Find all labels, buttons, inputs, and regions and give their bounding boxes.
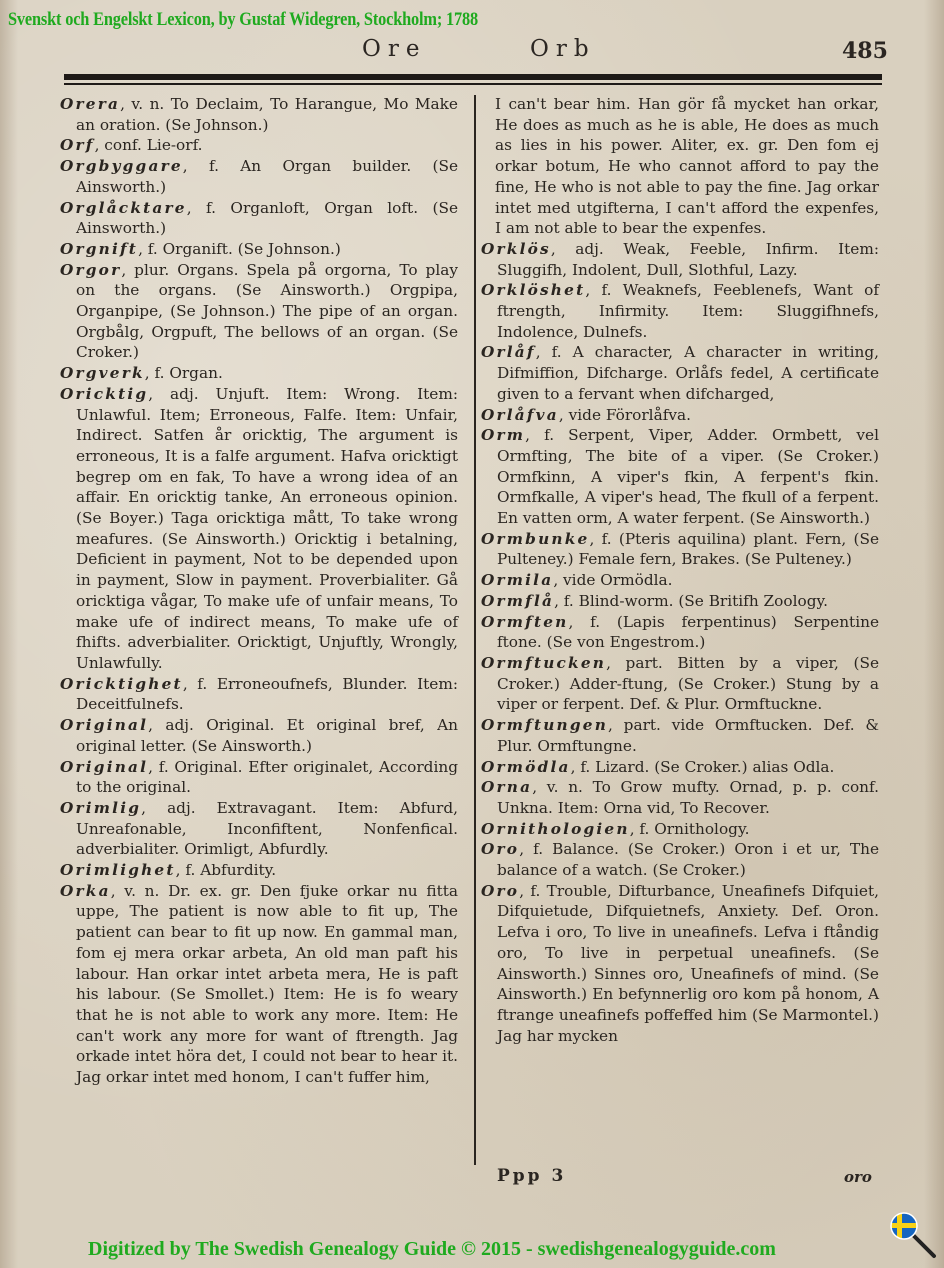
entry-headword: Ormften	[481, 613, 568, 631]
entry-headword: Ormila	[481, 571, 553, 589]
entry-headword: Oricktighet	[60, 675, 183, 693]
entry-headword: Orera	[60, 95, 120, 113]
dictionary-entry: Orglåcktare, f. Organloft, Organ loft. (…	[60, 198, 458, 239]
dictionary-entry: Oricktig, adj. Unjuft. Item: Wrong. Item…	[60, 384, 458, 674]
right-column: I can't bear him. Han gör få mycket han …	[481, 94, 879, 1046]
entry-headword: Ormflå	[481, 592, 554, 610]
header-rule-thin	[64, 83, 882, 85]
entry-definition: , f. Blind-worm. (Se Britifh Zoology.	[554, 592, 828, 610]
dictionary-entry: Orlåf, f. A character, A character in wr…	[481, 342, 879, 404]
running-head: Ore Orb 485	[0, 36, 944, 66]
dictionary-entry: I can't bear him. Han gör få mycket han …	[481, 94, 879, 239]
catchword: oro	[844, 1168, 872, 1186]
entry-headword: Orm	[481, 426, 525, 444]
dictionary-entry: Original, adj. Original. Et original bre…	[60, 715, 458, 756]
dictionary-entry: Orklös, adj. Weak, Feeble, Infirm. Item:…	[481, 239, 879, 280]
entry-headword: Orklöshet	[481, 281, 585, 299]
entry-headword: Original	[60, 716, 148, 734]
dictionary-entry: Orgbyggare, f. An Organ builder. (Se Ain…	[60, 156, 458, 197]
dictionary-entry: Orf, conf. Lie-orf.	[60, 135, 458, 156]
entry-definition: , conf. Lie-orf.	[95, 136, 203, 154]
entry-definition: , f. A character, A character in writing…	[497, 343, 879, 402]
running-head-left: Ore	[362, 36, 426, 62]
entry-definition: , v. n. Dr. ex. gr. Den fjuke orkar nu f…	[76, 882, 458, 1086]
dictionary-entry: Orgnift, f. Organift. (Se Johnson.)	[60, 239, 458, 260]
entry-headword: Orlåfva	[481, 406, 559, 424]
entry-headword: Orf	[60, 136, 95, 154]
dictionary-entry: Ormftucken, part. Bitten by a viper, (Se…	[481, 653, 879, 715]
entry-headword: Ormödla	[481, 758, 571, 776]
entry-definition: , f. Organift. (Se Johnson.)	[138, 240, 341, 258]
entry-definition: , f. Ornithology.	[630, 820, 750, 838]
left-column: Orera, v. n. To Declaim, To Harangue, Mo…	[60, 94, 458, 1088]
entry-definition: , f. Trouble, Difturbance, Uneafinefs Di…	[497, 882, 879, 1045]
entry-headword: Orlåf	[481, 343, 536, 361]
entry-headword: Oricktig	[60, 385, 148, 403]
entry-definition: , adj. Unjuft. Item: Wrong. Item: Unlawf…	[76, 385, 458, 672]
entry-headword: Orna	[481, 778, 532, 796]
digitized-by-watermark: Digitized by The Swedish Genealogy Guide…	[88, 1238, 776, 1261]
signature-mark: Ppp 3	[497, 1166, 566, 1186]
dictionary-entry: Orka, v. n. Dr. ex. gr. Den fjuke orkar …	[60, 881, 458, 1088]
dictionary-entry: Ormila, vide Ormödla.	[481, 570, 879, 591]
entry-definition: , v. n. To Declaim, To Harangue, Mo Make…	[76, 95, 458, 134]
entry-headword: Orgverk	[60, 364, 145, 382]
dictionary-entry: Orgor, plur. Organs. Spela på orgorna, T…	[60, 260, 458, 364]
source-watermark: Svenskt och Engelskt Lexicon, by Gustaf …	[8, 9, 478, 31]
dictionary-entry: Original, f. Original. Efter originalet,…	[60, 757, 458, 798]
entry-headword: Orglåcktare	[60, 199, 187, 217]
page-number: 485	[842, 38, 888, 64]
entry-headword: Orka	[60, 882, 111, 900]
entry-definition: , adj. Weak, Feeble, Infirm. Item: Slugg…	[497, 240, 879, 279]
entry-headword: Orgnift	[60, 240, 138, 258]
dictionary-entry: Orimlig, adj. Extravagant. Item: Abfurd,…	[60, 798, 458, 860]
dictionary-entry: Ornithologien, f. Ornithology.	[481, 819, 879, 840]
dictionary-entry: Oricktighet, f. Erroneoufnefs, Blunder. …	[60, 674, 458, 715]
entry-headword: Ornithologien	[481, 820, 630, 838]
dictionary-entry: Ormflå, f. Blind-worm. (Se Britifh Zoolo…	[481, 591, 879, 612]
header-rule-thick	[64, 74, 882, 80]
dictionary-entry: Orera, v. n. To Declaim, To Harangue, Mo…	[60, 94, 458, 135]
dictionary-entry: Ormften, f. (Lapis ferpentinus) Serpenti…	[481, 612, 879, 653]
dictionary-entry: Orimlighet, f. Abfurdity.	[60, 860, 458, 881]
entry-definition: , f. Organ.	[145, 364, 223, 382]
entry-headword: Ormbunke	[481, 530, 589, 548]
entry-definition: , f. Lizard. (Se Croker.) alias Odla.	[571, 758, 835, 776]
entry-headword: Orimlighet	[60, 861, 176, 879]
running-head-right: Orb	[530, 36, 596, 62]
entry-definition: I can't bear him. Han gör få mycket han …	[495, 95, 879, 237]
page-edge-shadow-left	[0, 0, 18, 1268]
dictionary-entry: Orna, v. n. To Grow mufty. Ornad, p. p. …	[481, 777, 879, 818]
column-divider	[474, 95, 476, 1165]
entry-definition: , f. Abfurdity.	[176, 861, 277, 879]
entry-headword: Original	[60, 758, 148, 776]
dictionary-entry: Oro, f. Trouble, Difturbance, Uneafinefs…	[481, 881, 879, 1047]
entry-headword: Ormftucken	[481, 654, 606, 672]
dictionary-entry: Orm, f. Serpent, Viper, Adder. Ormbett, …	[481, 425, 879, 529]
dictionary-entry: Orlåfva, vide Förorlåfva.	[481, 405, 879, 426]
entry-headword: Oro	[481, 882, 519, 900]
dictionary-entry: Oro, f. Balance. (Se Croker.) Oron i et …	[481, 839, 879, 880]
dictionary-entry: Ormbunke, f. (Pteris aquilina) plant. Fe…	[481, 529, 879, 570]
dictionary-entry: Ormftungen, part. vide Ormftucken. Def. …	[481, 715, 879, 756]
entry-definition: , plur. Organs. Spela på orgorna, To pla…	[76, 261, 458, 362]
entry-definition: , vide Ormödla.	[553, 571, 672, 589]
sweden-flag-magnifier-icon[interactable]	[888, 1210, 940, 1262]
entry-headword: Ormftungen	[481, 716, 608, 734]
entry-headword: Orklös	[481, 240, 551, 258]
entry-headword: Orimlig	[60, 799, 141, 817]
dictionary-entry: Orklöshet, f. Weaknefs, Feeblenefs, Want…	[481, 280, 879, 342]
dictionary-entry: Orgverk, f. Organ.	[60, 363, 458, 384]
entry-definition: , vide Förorlåfva.	[559, 406, 691, 424]
entry-definition: , f. Serpent, Viper, Adder. Ormbett, vel…	[497, 426, 879, 527]
page-edge-shadow-right	[924, 0, 944, 1268]
entry-headword: Orgbyggare	[60, 157, 183, 175]
entry-headword: Oro	[481, 840, 519, 858]
entry-headword: Orgor	[60, 261, 121, 279]
entry-definition: , f. Balance. (Se Croker.) Oron i et ur,…	[497, 840, 879, 879]
dictionary-entry: Ormödla, f. Lizard. (Se Croker.) alias O…	[481, 757, 879, 778]
entry-definition: , v. n. To Grow mufty. Ornad, p. p. conf…	[497, 778, 879, 817]
